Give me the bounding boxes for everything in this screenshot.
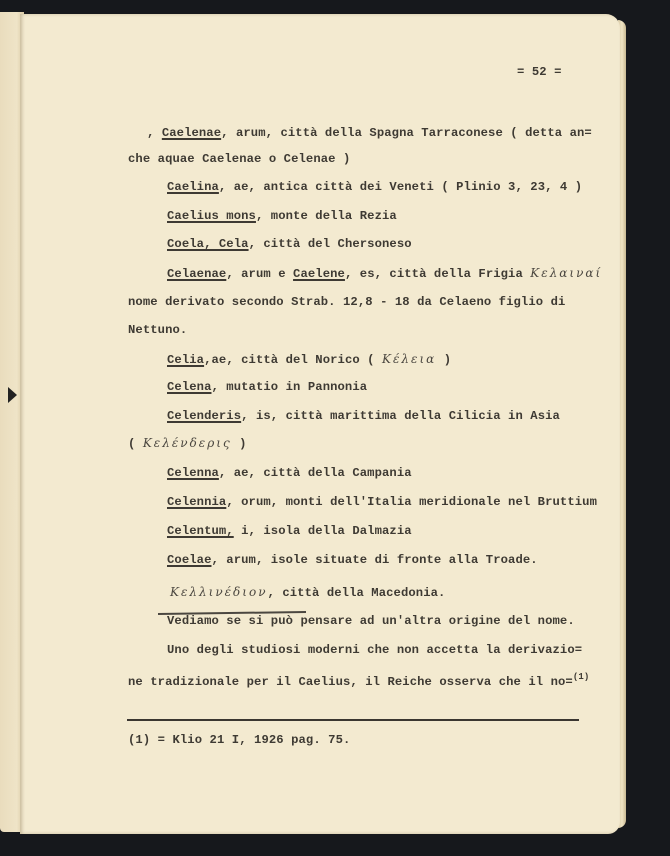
text: , monte della Rezia	[256, 209, 397, 223]
text-line: Celentum, i, isola della Dalmazia	[167, 524, 412, 538]
text-line: ( Κελένδερις )	[128, 436, 247, 451]
text-line: Caelina, ae, antica città dei Veneti ( P…	[167, 180, 582, 194]
underlined-term: Coelae	[167, 553, 211, 567]
footnote-ref: (1)	[573, 672, 590, 682]
text-line: Celennia, orum, monti dell'Italia meridi…	[167, 495, 597, 509]
footnote-rule	[127, 719, 579, 721]
text: ,ae, città del Norico (	[204, 353, 382, 367]
text-line: che aquae Caelenae o Celenae )	[128, 152, 350, 166]
underlined-term: Caelina	[167, 180, 219, 194]
text-line: Nettuno.	[128, 323, 187, 337]
text-line: Vediamo se si può pensare ad un'altra or…	[167, 614, 575, 628]
text: , arum, città della Spagna Tarraconese (…	[221, 126, 592, 140]
text: Nettuno.	[128, 323, 187, 337]
text: , ae, antica città dei Veneti ( Plinio 3…	[219, 180, 582, 194]
underlined-term: Coela, Cela	[167, 237, 249, 251]
text-line: Coela, Cela, città del Chersoneso	[167, 237, 412, 251]
text: che aquae Caelenae o Celenae )	[128, 152, 350, 166]
text: nome derivato secondo Strab. 12,8 - 18 d…	[128, 295, 565, 309]
text-line: Caelius mons, monte della Rezia	[167, 209, 397, 223]
underlined-term: Celenna	[167, 466, 219, 480]
text: , is, città marittima della Cilicia in A…	[241, 409, 560, 423]
text-line: nome derivato secondo Strab. 12,8 - 18 d…	[128, 295, 565, 309]
underlined-term: Celaenae	[167, 267, 226, 281]
text: , arum, isole situate di fronte alla Tro…	[211, 553, 537, 567]
text: )	[232, 437, 247, 451]
handwritten-greek: Κελένδερις	[143, 436, 232, 450]
text-line: Κελλινέδιον, città della Macedonia.	[170, 585, 445, 600]
underlined-term: Caelene	[293, 267, 345, 281]
underlined-term: Celena	[167, 380, 211, 394]
text: , ae, città della Campania	[219, 466, 412, 480]
text: (	[128, 437, 143, 451]
text: , mutatio in Pannonia	[211, 380, 367, 394]
handwritten-greek: Κελαιναί	[530, 266, 602, 280]
page-number: = 52 =	[517, 65, 561, 79]
text: , città del Chersoneso	[249, 237, 412, 251]
underlined-term: Celentum,	[167, 524, 234, 538]
text-line: , Caelenae, arum, città della Spagna Tar…	[147, 126, 592, 140]
text: , orum, monti dell'Italia meridionale ne…	[226, 495, 597, 509]
text: Uno degli studiosi moderni che non accet…	[167, 643, 582, 657]
text: , es, città della Frigia	[345, 267, 530, 281]
underlined-term: Celenderis	[167, 409, 241, 423]
text-line: Celenna, ae, città della Campania	[167, 466, 412, 480]
text: osserva che il no=	[432, 675, 573, 689]
text-line: Coelae, arum, isole situate di fronte al…	[167, 553, 538, 567]
text: , città della Macedonia.	[268, 586, 446, 600]
handwritten-greek: Κέλεια	[382, 352, 436, 366]
text: )	[436, 353, 451, 367]
underlined-term: Caelius mons	[167, 209, 256, 223]
text-line: Celia,ae, città del Norico ( Κέλεια )	[167, 352, 451, 367]
underlined-term: Caelenae	[162, 126, 221, 140]
text-line: Celenderis, is, città marittima della Ci…	[167, 409, 560, 423]
text-line: ne tradizionale per il Caelius, il Reich…	[128, 672, 589, 689]
text: i, isola della Dalmazia	[234, 524, 412, 538]
text-line: Celaenae, arum e Caelene, es, città dell…	[167, 266, 602, 281]
text-line: Uno degli studiosi moderni che non accet…	[167, 643, 582, 657]
text: , arum e	[226, 267, 293, 281]
text: Vediamo se si può pensare ad un'altra or…	[167, 614, 575, 628]
footnote: (1) = Klio 21 I, 1926 pag. 75.	[128, 733, 350, 747]
text: ne tradizionale per il Caelius, il Reich…	[128, 675, 432, 689]
handwritten-greek: Κελλινέδιον	[170, 585, 268, 599]
underlined-term: Celia	[167, 353, 204, 367]
binding-clip	[8, 387, 17, 403]
underlined-term: Celennia	[167, 495, 226, 509]
text-line: Celena, mutatio in Pannonia	[167, 380, 367, 394]
text: ,	[147, 126, 162, 140]
